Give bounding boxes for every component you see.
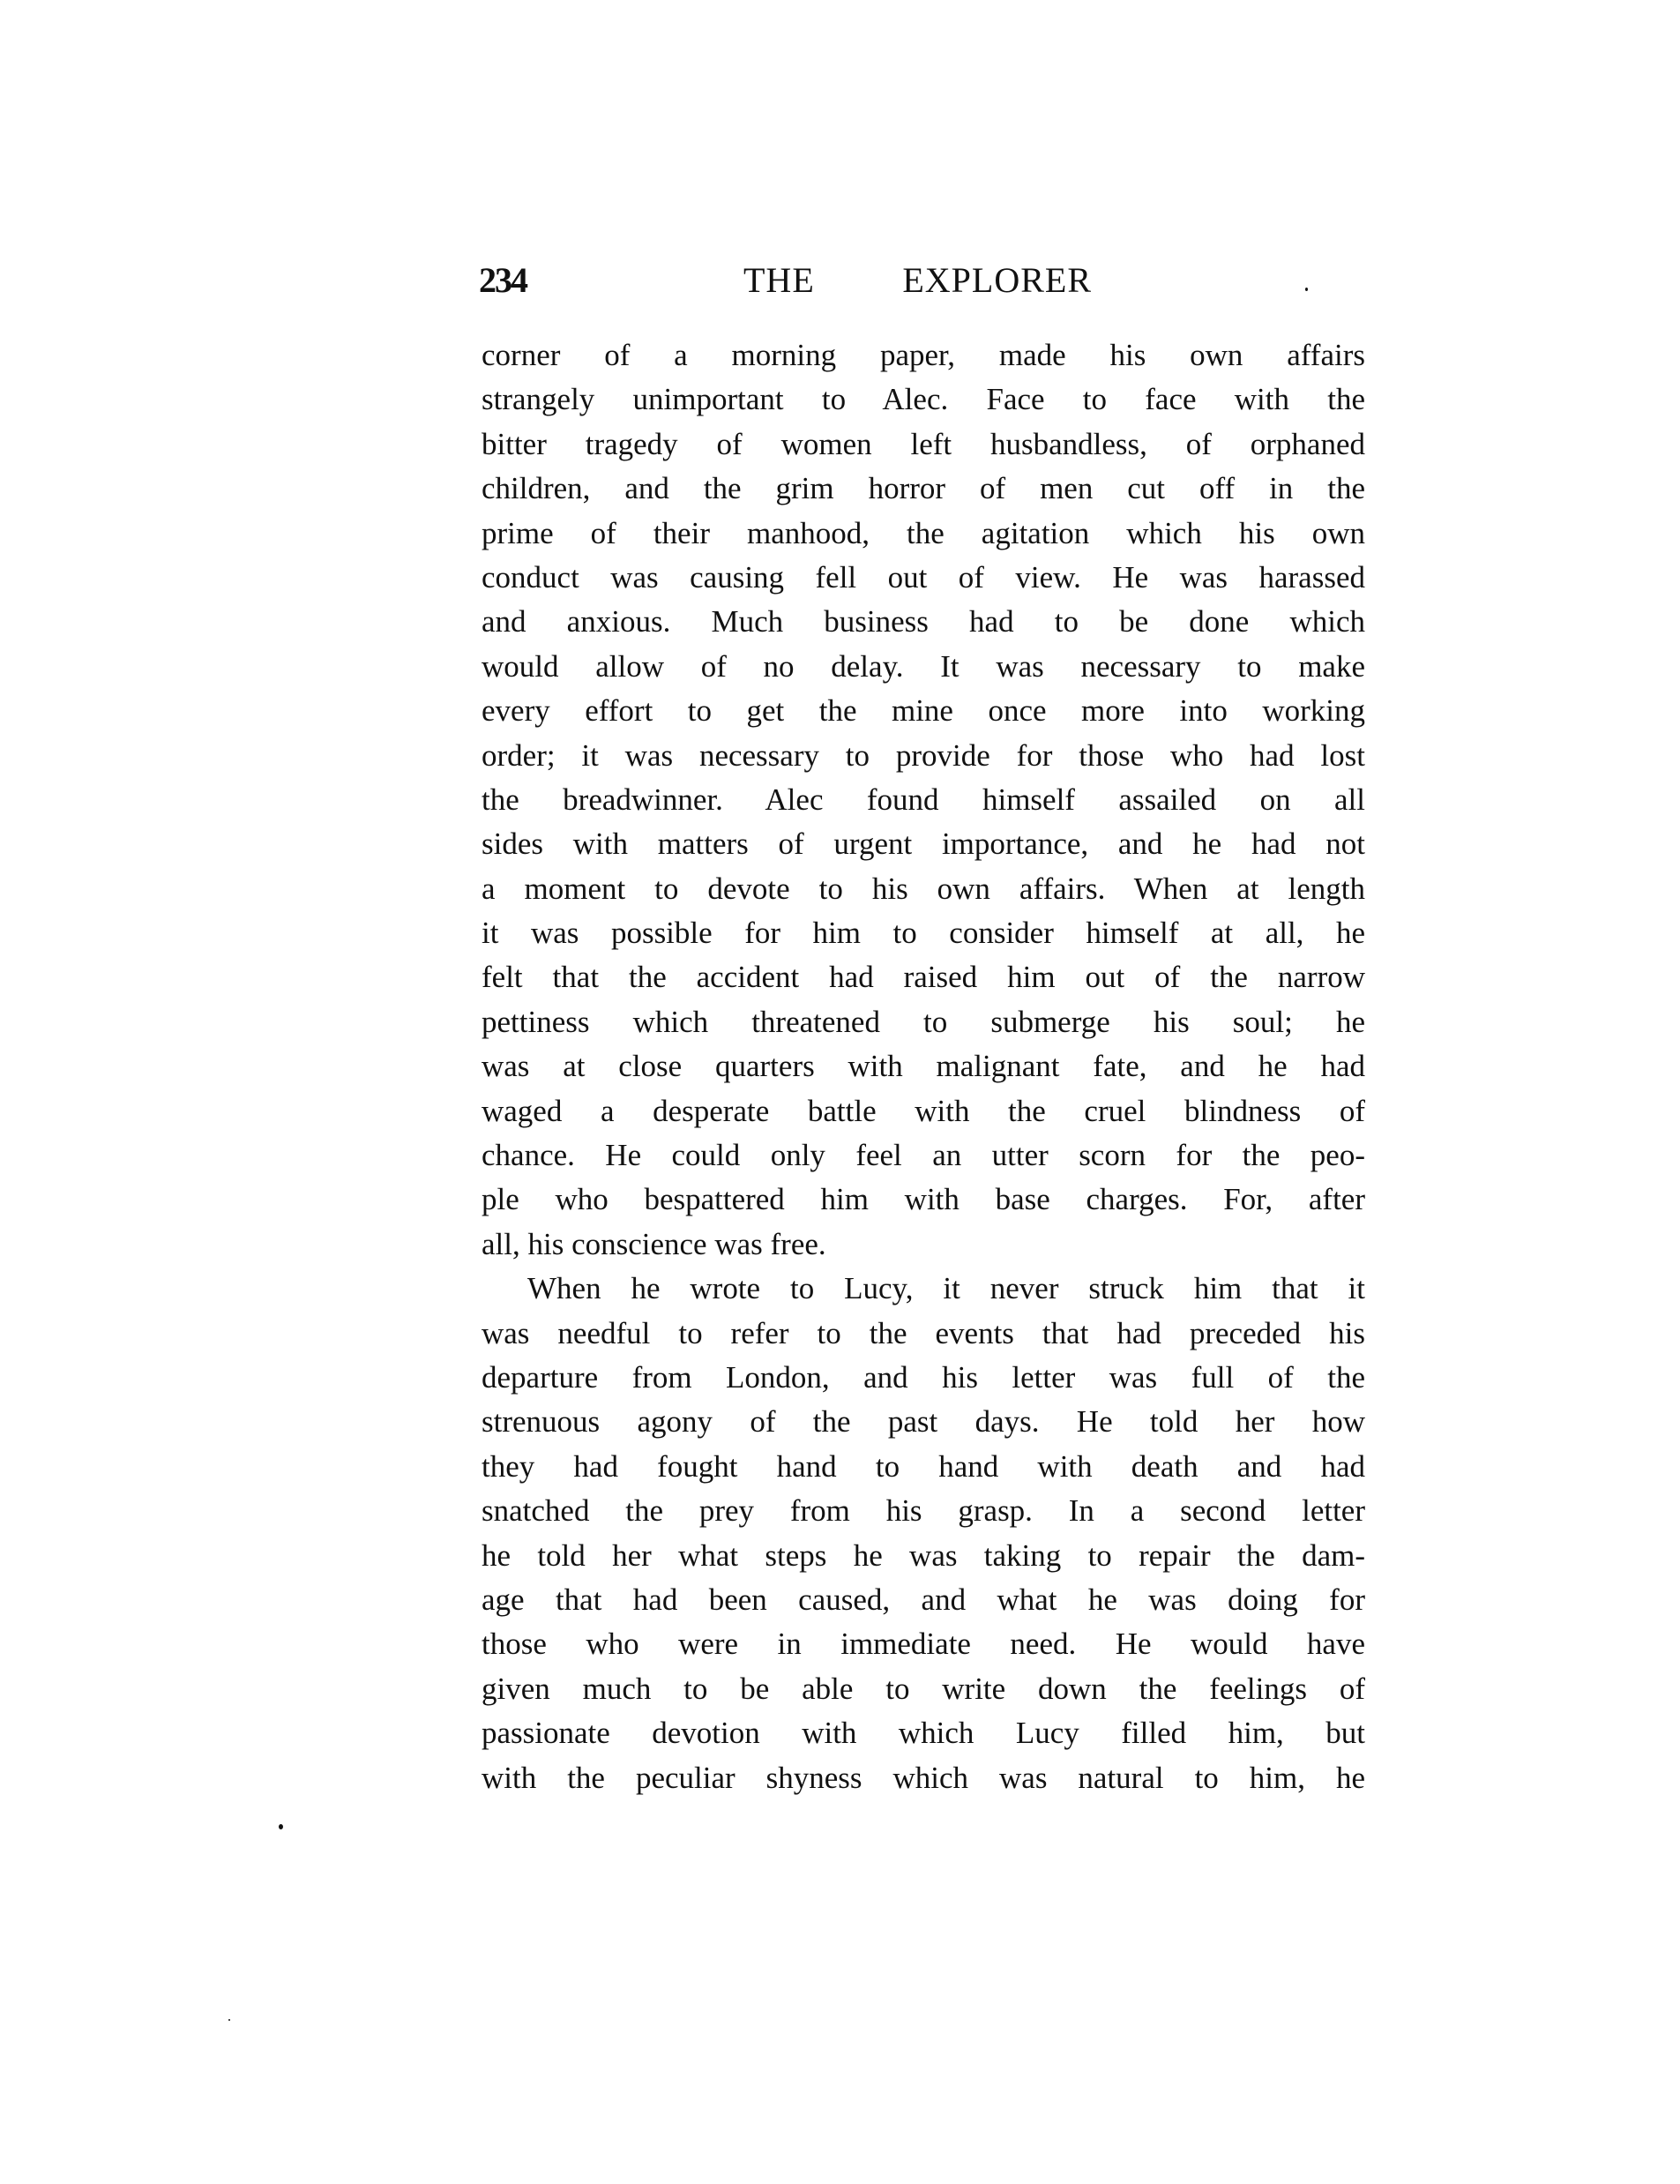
scan-speck — [279, 1824, 283, 1829]
text-line: he told her what steps he was taking to … — [482, 1534, 1365, 1578]
text-line: it was possible for him to consider hims… — [482, 911, 1365, 955]
text-line: every effort to get the mine once more i… — [482, 689, 1365, 733]
running-head: 234 THE EXPLORER — [479, 261, 1365, 300]
text-line: conduct was causing fell out of view. He… — [482, 556, 1365, 600]
paragraph: corner of a morning paper, made his own … — [482, 333, 1365, 1267]
text-line: children, and the grim horror of men cut… — [482, 467, 1365, 511]
text-line: with the peculiar shyness which was natu… — [482, 1756, 1365, 1800]
body-text: corner of a morning paper, made his own … — [482, 333, 1365, 1800]
text-line: departure from London, and his letter wa… — [482, 1356, 1365, 1400]
text-line: When he wrote to Lucy, it never struck h… — [482, 1267, 1365, 1311]
text-line: bitter tragedy of women left husbandless… — [482, 423, 1365, 467]
text-line: strenuous agony of the past days. He tol… — [482, 1400, 1365, 1444]
text-line: felt that the accident had raised him ou… — [482, 955, 1365, 999]
text-line: waged a desperate battle with the cruel … — [482, 1089, 1365, 1133]
text-line: sides with matters of urgent importance,… — [482, 822, 1365, 866]
text-line: order; it was necessary to provide for t… — [482, 734, 1365, 778]
running-title: THE EXPLORER — [743, 261, 1092, 300]
paragraph: When he wrote to Lucy, it never struck h… — [482, 1267, 1365, 1800]
text-line: the breadwinner. Alec found himself assa… — [482, 778, 1365, 822]
text-line: would allow of no delay. It was necessar… — [482, 645, 1365, 689]
text-line: passionate devotion with which Lucy fill… — [482, 1711, 1365, 1755]
text-line: chance. He could only feel an utter scor… — [482, 1133, 1365, 1178]
text-line: snatched the prey from his grasp. In a s… — [482, 1489, 1365, 1533]
text-line: pettiness which threatened to submerge h… — [482, 1000, 1365, 1044]
text-line: and anxious. Much business had to be don… — [482, 600, 1365, 644]
scan-speck — [1305, 288, 1308, 291]
text-line: corner of a morning paper, made his own … — [482, 333, 1365, 378]
text-line: prime of their manhood, the agitation wh… — [482, 512, 1365, 556]
page-number: 234 — [479, 261, 526, 300]
scan-speck — [228, 2019, 230, 2021]
text-line: a moment to devote to his own affairs. W… — [482, 867, 1365, 911]
text-line: all, his conscience was free. — [482, 1223, 1365, 1267]
book-page: 234 THE EXPLORER corner of a morning pap… — [0, 0, 1680, 2184]
text-line: those who were in immediate need. He wou… — [482, 1622, 1365, 1666]
text-line: was at close quarters with malignant fat… — [482, 1044, 1365, 1088]
text-line: ple who bespattered him with base charge… — [482, 1178, 1365, 1222]
text-line: strangely unimportant to Alec. Face to f… — [482, 378, 1365, 422]
text-line: was needful to refer to the events that … — [482, 1312, 1365, 1356]
text-line: age that had been caused, and what he wa… — [482, 1578, 1365, 1622]
text-line: they had fought hand to hand with death … — [482, 1445, 1365, 1489]
text-line: given much to be able to write down the … — [482, 1667, 1365, 1711]
